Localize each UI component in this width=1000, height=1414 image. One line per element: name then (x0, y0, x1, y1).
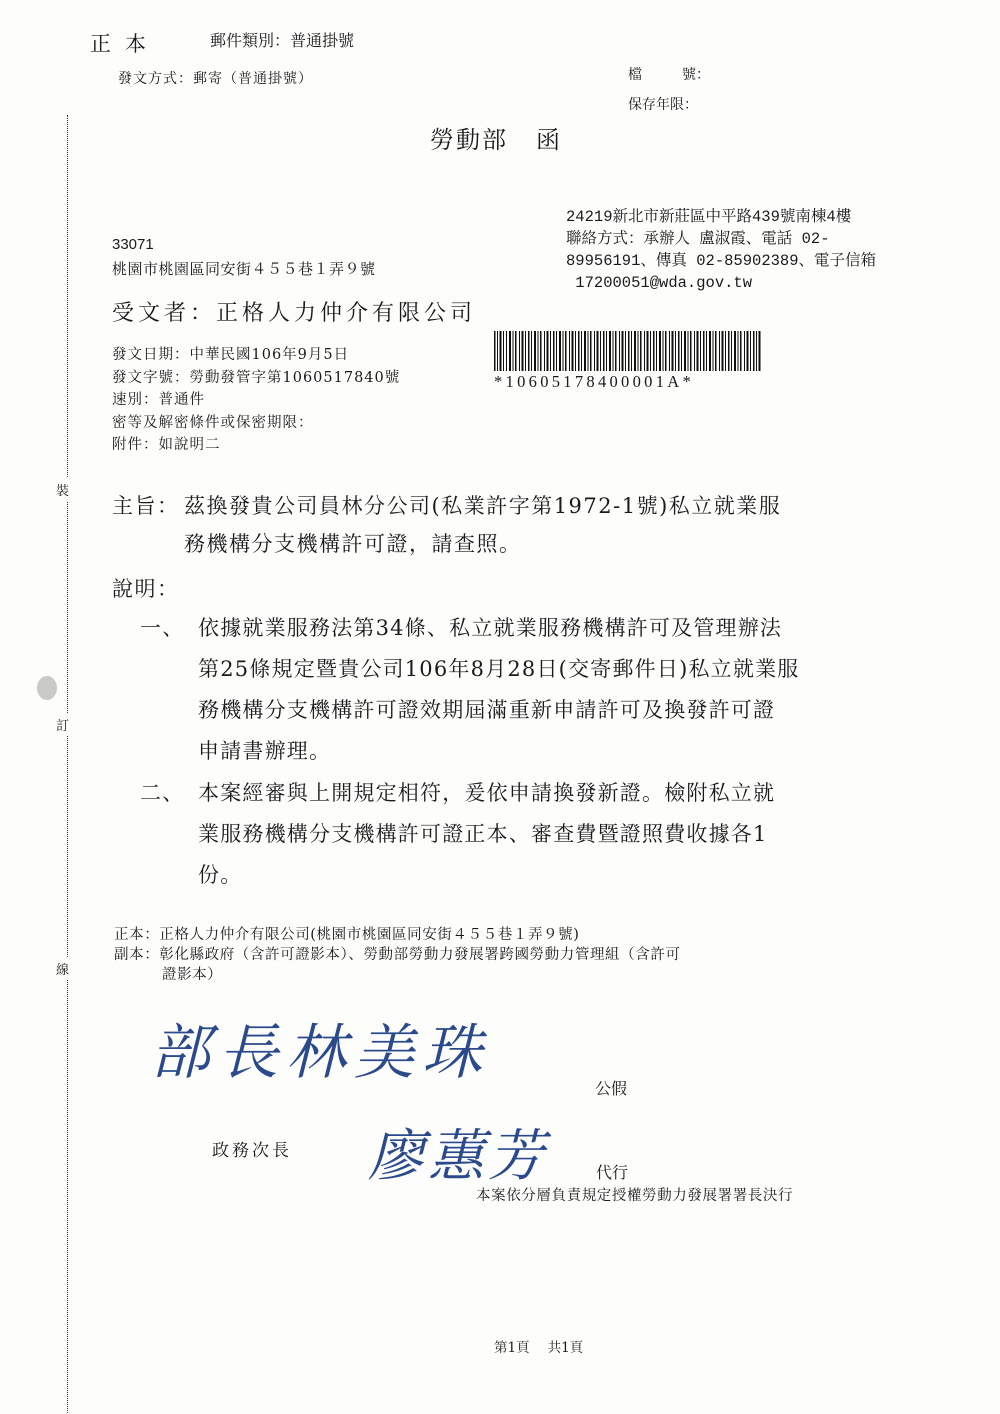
barcode-icon (494, 331, 762, 371)
binding-mark-zhuang: 裝 (56, 478, 69, 501)
subject-label: 主旨： (112, 487, 180, 525)
speed-category: 速別：普通件 (112, 389, 400, 412)
receiver-address: 桃園市桃園區同安街４５５巷１弄９號 (112, 258, 376, 279)
file-number-label-a: 檔 (628, 67, 642, 83)
current-page: 第1頁 (494, 1340, 530, 1356)
dispatch-method: 發文方式：郵寄（普通掛號） (118, 68, 313, 88)
explanation-item-2: 二、 本案經審與上開規定相符，爰依申請換發新證。檢附私立就 業服務機構分支機構許… (140, 773, 775, 896)
confidentiality: 密等及解密條件或保密期限： (112, 412, 400, 435)
sender-contact-3: 17200051@wda.gov.tw (566, 272, 876, 294)
item-line: 申請書辦理。 (140, 731, 799, 772)
distribution-section: 正本：正格人力仲介有限公司(桃園市桃園區同安街４５５巷１弄９號) 副本：彰化縣政… (114, 925, 681, 985)
subject-line-2: 務機構分支機構許可證，請查照。 (112, 525, 912, 563)
item-line: 業服務機構分支機構許可證正本、審查費暨證照費收據各1 (140, 814, 775, 855)
item-line: 第25條規定暨貴公司106年8月28日(交寄郵件日)私立就業服 (140, 649, 799, 690)
original-recipient: 正本：正格人力仲介有限公司(桃園市桃園區同安街４５５巷１弄９號) (114, 925, 681, 945)
copy-type: 正本 (90, 28, 160, 58)
title-org: 勞動部 (430, 126, 508, 154)
sender-address: 24219新北市新莊區中平路439號南棟4樓 (566, 206, 876, 228)
item-line: 份。 (140, 855, 775, 896)
retention-period-field: 保存年限： (628, 94, 698, 114)
item-number: 二、 (140, 773, 184, 814)
page-number: 第1頁共1頁 (494, 1336, 583, 1356)
document-number: 發文字號：勞動發管字第1060517840號 (112, 367, 400, 390)
barcode-text: *10605178400001A* (494, 372, 694, 392)
document-meta: 發文日期：中華民國106年9月5日 發文字號：勞動發管字第1060517840號… (112, 344, 400, 457)
receiver-zip: 33071 (112, 236, 154, 253)
total-pages: 共1頁 (548, 1340, 584, 1356)
explanation-label: 說明： (112, 573, 180, 603)
vice-minister-signature: 廖蕙芳 (368, 1112, 548, 1192)
binding-mark-xian: 線 (56, 957, 69, 980)
mail-category: 郵件類別：普通掛號 (210, 28, 354, 51)
binding-dotted-line (67, 115, 68, 1414)
sender-block: 24219新北市新莊區中平路439號南棟4樓聯絡方式：承辦人 盧淑霞、電話 02… (566, 206, 876, 294)
item-line: 本案經審與上開規定相符，爰依申請換發新證。檢附私立就 (140, 773, 775, 814)
binding-mark-ding: 訂 (56, 713, 69, 736)
delegation-note: 本案依分層負責規定授權勞動力發展署署長決行 (476, 1184, 793, 1205)
scan-smudge (37, 676, 57, 700)
item-line: 依據就業服務法第34條、私立就業服務機構許可及管理辦法 (140, 608, 799, 649)
explanation-item-1: 一、 依據就業服務法第34條、私立就業服務機構許可及管理辦法 第25條規定暨貴公… (140, 608, 799, 772)
issue-date: 發文日期：中華民國106年9月5日 (112, 344, 400, 367)
item-number: 一、 (140, 608, 184, 649)
title-type: 函 (536, 126, 562, 154)
subject-section: 主旨： 茲換發貴公司員林分公司(私業許字第1972-1號)私立就業服 務機構分支… (112, 487, 912, 563)
file-number-field: 檔號： (628, 64, 710, 84)
recipient: 受文者：正格人力仲介有限公司 (112, 296, 476, 327)
minister-signature: 部長林美珠 (150, 1005, 490, 1091)
document-title: 勞動部函 (430, 120, 562, 155)
acting-note: 代行 (596, 1160, 628, 1183)
attachment: 附件：如說明二 (112, 434, 400, 457)
subject-line-1: 茲換發貴公司員林分公司(私業許字第1972-1號)私立就業服 (112, 487, 912, 525)
minister-leave-note: 公假 (595, 1076, 627, 1099)
vice-minister-title: 政務次長 (212, 1136, 292, 1161)
copy-recipients: 副本：彰化縣政府（含許可證影本）、勞動部勞動力發展署跨國勞動力管理組（含許可 (114, 945, 681, 965)
copy-recipients-cont: 證影本） (114, 965, 681, 985)
sender-contact-2: 89956191、傳真 02-85902389、電子信箱 (566, 250, 876, 272)
file-number-label-b: 號： (682, 67, 710, 83)
sender-contact-1: 聯絡方式：承辦人 盧淑霞、電話 02- (566, 228, 876, 250)
item-line: 務機構分支機構許可證效期屆滿重新申請許可及換發許可證 (140, 690, 799, 731)
